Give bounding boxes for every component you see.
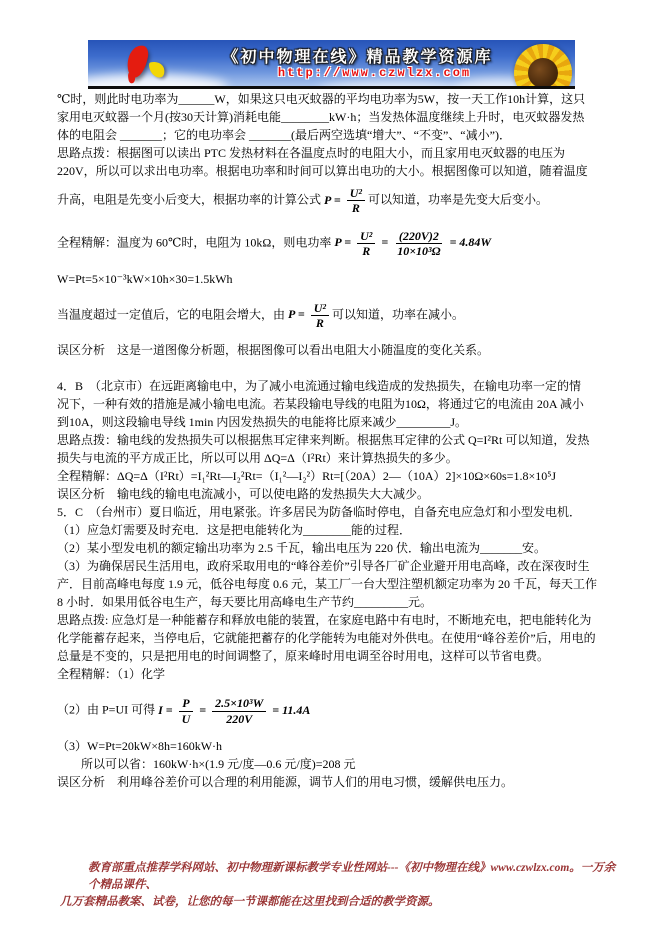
text-line: W=Pt=5×10⁻³kW×10h×30=1.5kWh: [57, 270, 607, 288]
text-line: 况下，一种有效的措施是减小输电电流。若某段输电导线的电阻为10Ω，将通过它的电流…: [57, 395, 607, 413]
text-run: 体的电阻会 _______；它的电功率会 _______(最后两空选填“增大”、…: [57, 128, 511, 142]
text-run: W=Pt=5×10⁻³kW×10h×30=1.5kWh: [57, 272, 233, 286]
text-line: 误区分析 利用峰谷差价可以合理的利用能源，调节人们的用电习惯，缓解供电压力。: [57, 773, 607, 791]
fraction-formula: PU: [179, 696, 194, 726]
text-run: 思路点拨：输电线的发热损失可以根据焦耳定律来判断。根据焦耳定律的公式 Q=I²R…: [57, 433, 589, 447]
text-run: 可以知道，功率在减小。: [332, 307, 464, 321]
text-line: 误区分析 这是一道图像分析题，根据图像可以看出电阻大小随温度的变化关系。: [57, 341, 607, 359]
banner-title: 《初中物理在线》精品教学资源库: [88, 44, 575, 67]
text-line: （2）由 P=UI 可得I =PU=2.5×10³W220V= 11.4A: [57, 696, 607, 726]
equation-text: =: [199, 703, 206, 717]
text-run: 全程精解：温度为 60℃时，电阻为 10kΩ，则电功率: [57, 235, 331, 249]
equation-text: P =: [324, 193, 341, 207]
text-line: （3）W=Pt=20kW×8h=160kW·h: [57, 737, 607, 755]
equation-text: P =: [334, 235, 351, 249]
text-run: 况下，一种有效的措施是减小输电电流。若某段输电导线的电阻为10Ω，将通过它的电流…: [57, 397, 584, 411]
text-run: 化学能蓄存起来，当停电后，它就能把蓄存的化学能转为电能对外供电。在使用“峰谷差价…: [57, 631, 596, 645]
text-run: 误区分析 利用峰谷差价可以合理的利用能源，调节人们的用电习惯，缓解供电压力。: [57, 775, 513, 789]
text-line: 全程精解：温度为 60℃时，电阻为 10kΩ，则电功率P =U²R=(220V)…: [57, 229, 607, 259]
fraction-formula: (220V)210×10³Ω: [394, 229, 443, 259]
text-line: 体的电阻会 _______；它的电功率会 _______(最后两空选填“增大”、…: [57, 126, 607, 144]
text-line: 误区分析 输电线的输电电流减小，可以使电路的发热损失大大减少。: [57, 485, 607, 503]
text-run: （2）由 P=UI 可得: [57, 703, 155, 717]
cloud-decoration: [318, 80, 468, 89]
text-run: 全程精解：（1）化学: [57, 667, 165, 681]
text-line: 当温度超过一定值后，它的电阻会增大，由P =U²R可以知道，功率在减小。: [57, 301, 607, 331]
text-run: 产．目前高峰电每度 1.9 元，低谷电每度 0.6 元，某工厂一台大型注塑机额定…: [57, 577, 597, 591]
text-line: 220V，所以可以求出电功率。根据电功率和时间可以算出电功的大小。根据图像可以知…: [57, 162, 607, 180]
fraction-formula: U²R: [311, 301, 329, 331]
text-line: 思路点拨: 应急灯是一种能蓄存和释放电能的装置，在家庭电路中有电时，不断地充电，…: [57, 611, 607, 629]
text-line: （1）应急灯需要及时充电．这是把电能转化为________能的过程．: [57, 521, 607, 539]
text-line: 所以可以省：160kW·h×(1.9 元/度—0.6 元/度)=208 元: [57, 755, 607, 773]
text-run: 4．B （北京市）在远距离输电中，为了减小电流通过输电线造成的发热损失，在输电功…: [57, 379, 581, 393]
text-line: 升高，电阻是先变小后变大，根据功率的计算公式P =U²R可以知道，功率是先变大后…: [57, 186, 607, 216]
text-line: 产．目前高峰电每度 1.9 元，低谷电每度 0.6 元，某工厂一台大型注塑机额定…: [57, 575, 607, 593]
equation-text: = 4.84W: [450, 235, 492, 249]
equation-text: = 11.4A: [272, 703, 310, 717]
text-run: 所以可以省：160kW·h×(1.9 元/度—0.6 元/度)=208 元: [57, 757, 356, 771]
text-run: （1）应急灯需要及时充电．这是把电能转化为________能的过程．: [57, 523, 411, 537]
text-line: 4．B （北京市）在远距离输电中，为了减小电流通过输电线造成的发热损失，在输电功…: [57, 377, 607, 395]
text-line: 到10A，则这段输电导线 1min 内因发热损失的电能将比原来减少_______…: [57, 413, 607, 431]
footer-line: 教育部重点推荐学科网站、初中物理新课标教学专业性网站---《初中物理在线》www…: [60, 860, 625, 894]
text-line: 家用电灭蚊器一个月(按30天计算)消耗电能________kW·h；当发热体温度…: [57, 108, 607, 126]
text-line: 8 小时．如果用低谷电生产，每天要比用高峰电生产节约_________元。: [57, 593, 607, 611]
site-banner: 《初中物理在线》精品教学资源库 http://www.czwlzx.com: [88, 40, 575, 89]
text-line: 化学能蓄存起来，当停电后，它就能把蓄存的化学能转为电能对外供电。在使用“峰谷差价…: [57, 629, 607, 647]
banner-url: http://www.czwlzx.com: [88, 66, 575, 80]
text-line: 思路点拨：输电线的发热损失可以根据焦耳定律来判断。根据焦耳定律的公式 Q=I²R…: [57, 431, 607, 449]
text-run: （2）某小型发电机的额定输出功率为 2.5 千瓦，输出电压为 220 伏．输出电…: [57, 541, 546, 555]
text-run: 可以知道，功率是先变大后变小。: [368, 193, 548, 207]
text-run: 8 小时．如果用低谷电生产，每天要比用高峰电生产节约_________元。: [57, 595, 432, 609]
document-body: ℃时，则此时电功率为______W，如果这只电灭蚊器的平均电功率为5W，按一天工…: [57, 90, 607, 791]
text-line: ℃时，则此时电功率为______W，如果这只电灭蚊器的平均电功率为5W，按一天工…: [57, 90, 607, 108]
text-line: 损失与电流的平方成正比，所以可以用 ΔQ=Δ（I²Rt）来计算热损失的多少。: [57, 449, 607, 467]
text-run: 损失与电流的平方成正比，所以可以用 ΔQ=Δ（I²Rt）来计算热损失的多少。: [57, 451, 458, 465]
fraction-formula: U²R: [357, 229, 375, 259]
footer-line: 几万套精品教案、试卷，让您的每一节课都能在这里找到合适的教学资源。: [60, 894, 625, 911]
text-run: 220V，所以可以求出电功率。根据电功率和时间可以算出电功的大小。根据图像可以知…: [57, 164, 588, 178]
text-run: 5．C （台州市）夏日临近，用电紧张。许多居民为防备临时停电，自备充电应急灯和小…: [57, 505, 581, 519]
equation-text: P =: [288, 307, 305, 321]
text-line: 思路点拨：根据图可以读出 PTC 发热材料在各温度点时的电阻大小，而且家用电灭蚊…: [57, 144, 607, 162]
text-run: 误区分析 输电线的输电电流减小，可以使电路的发热损失大大减少。: [57, 487, 429, 501]
text-line: 总量是不变的，只是把用电的时间调整了，原来峰时用电调至谷时用电，这样可以节省电费…: [57, 647, 607, 665]
fraction-formula: U²R: [347, 186, 365, 216]
equation-text: =: [381, 235, 388, 249]
text-run: 到10A，则这段输电导线 1min 内因发热损失的电能将比原来减少_______…: [57, 415, 467, 429]
text-run: 家用电灭蚊器一个月(按30天计算)消耗电能________kW·h；当发热体温度…: [57, 110, 584, 124]
text-line: （3）为确保居民生活用电，政府采取用电的“峰谷差价”引导各厂矿企业避开用电高峰，…: [57, 557, 607, 575]
footer: 教育部重点推荐学科网站、初中物理新课标教学专业性网站---《初中物理在线》www…: [60, 860, 625, 911]
text-run: 升高，电阻是先变小后变大，根据功率的计算公式: [57, 193, 321, 207]
equation-text: I =: [158, 703, 173, 717]
text-run: 全程精解：ΔQ=Δ（I²Rt）=I₁²Rt—I₂²Rt=（I₁²—I₂²）Rt=…: [57, 469, 556, 483]
text-run: ℃时，则此时电功率为______W，如果这只电灭蚊器的平均电功率为5W，按一天工…: [57, 92, 585, 106]
text-run: 思路点拨：根据图可以读出 PTC 发热材料在各温度点时的电阻大小，而且家用电灭蚊…: [57, 146, 565, 160]
text-line: 全程精解：ΔQ=Δ（I²Rt）=I₁²Rt—I₂²Rt=（I₁²—I₂²）Rt=…: [57, 467, 607, 485]
text-run: （3）为确保居民生活用电，政府采取用电的“峰谷差价”引导各厂矿企业避开用电高峰，…: [57, 559, 590, 573]
text-run: 误区分析 这是一道图像分析题，根据图像可以看出电阻大小随温度的变化关系。: [57, 343, 489, 357]
text-line: 全程精解：（1）化学: [57, 665, 607, 683]
text-line: （2）某小型发电机的额定输出功率为 2.5 千瓦，输出电压为 220 伏．输出电…: [57, 539, 607, 557]
text-run: 总量是不变的，只是把用电的时间调整了，原来峰时用电调至谷时用电，这样可以节省电费…: [57, 649, 549, 663]
text-run: 当温度超过一定值后，它的电阻会增大，由: [57, 307, 285, 321]
document-page: 《初中物理在线》精品教学资源库 http://www.czwlzx.com ℃时…: [0, 0, 661, 936]
text-line: 5．C （台州市）夏日临近，用电紧张。许多居民为防备临时停电，自备充电应急灯和小…: [57, 503, 607, 521]
fraction-formula: 2.5×10³W220V: [212, 696, 266, 726]
text-run: 思路点拨: 应急灯是一种能蓄存和释放电能的装置，在家庭电路中有电时，不断地充电，…: [57, 613, 591, 627]
text-run: （3）W=Pt=20kW×8h=160kW·h: [57, 739, 222, 753]
